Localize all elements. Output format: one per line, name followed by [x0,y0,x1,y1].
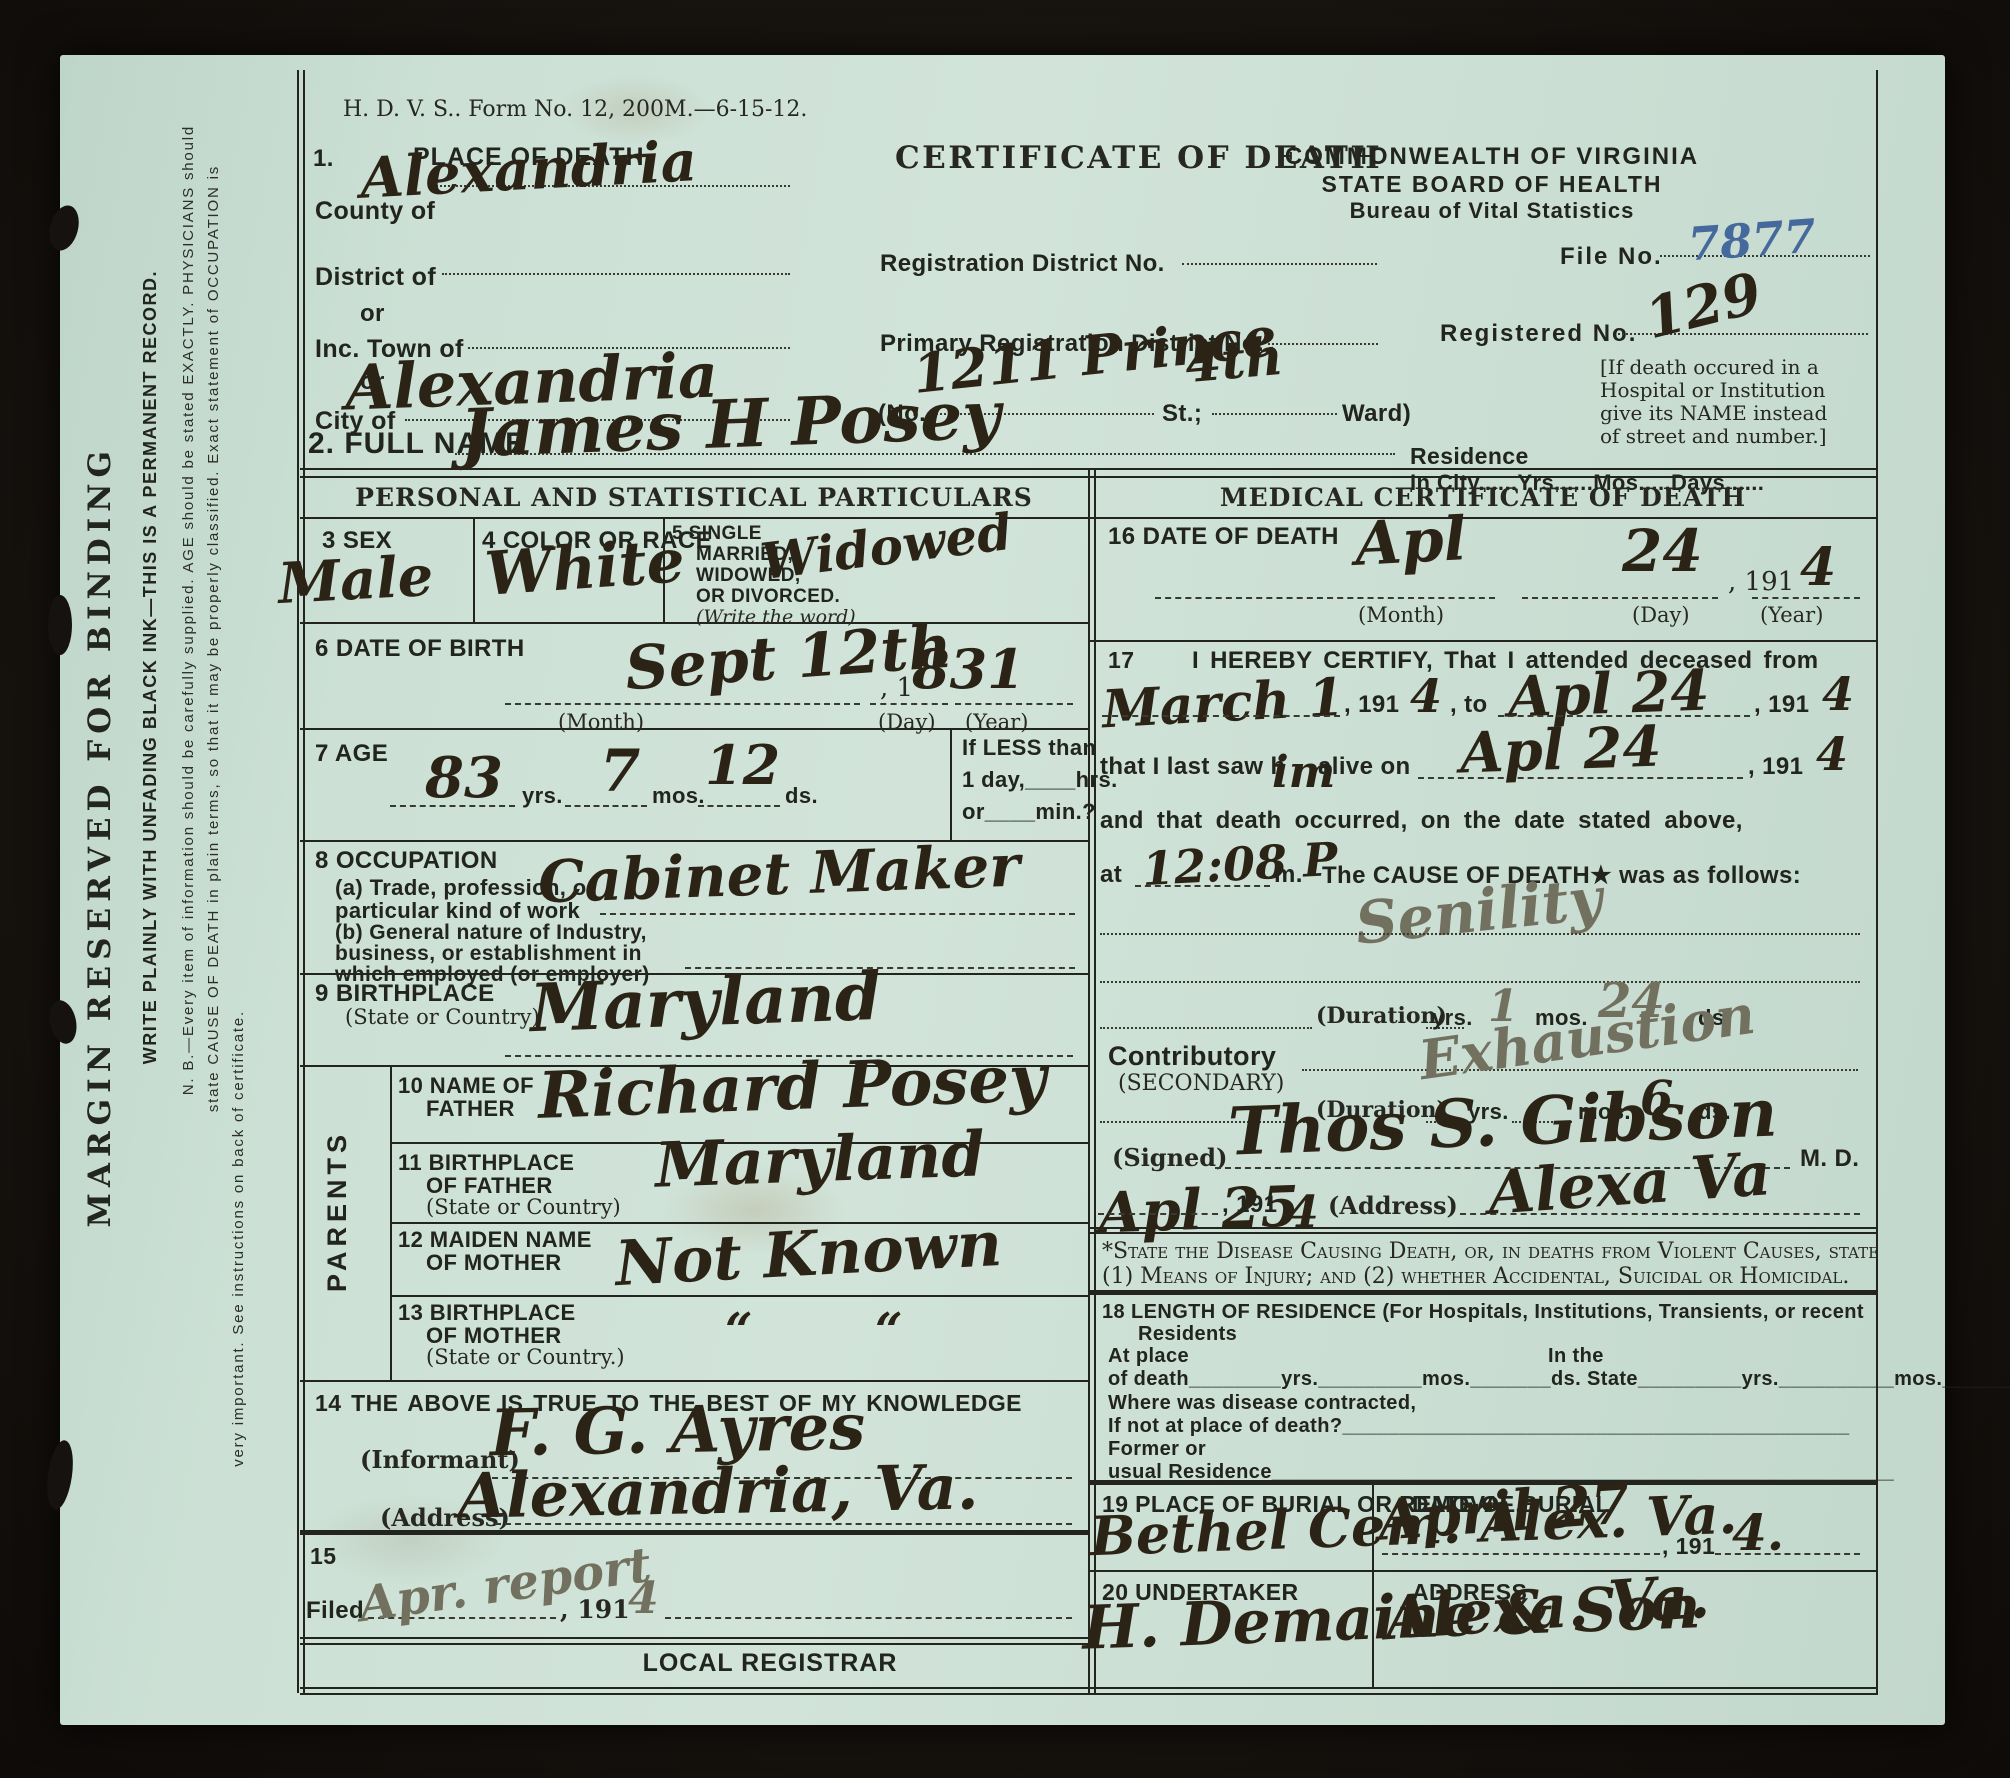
less-than-box-divider [950,728,952,840]
in-the-label: In the [1548,1345,1604,1368]
filed-label: Filed [306,1597,364,1625]
footnote-line1: *State the Disease Causing Death, or, in… [1102,1239,1879,1264]
registration-district-label: Registration District No. [880,250,1165,278]
time-handwritten: 12:08 P [1141,832,1339,896]
date-of-death-label: 16 DATE OF DEATH [1108,523,1339,551]
death-year-prefix: , 191 [1728,567,1794,597]
mother-name-label-line2: OF MOTHER [426,1250,562,1276]
last-saw-handwritten: Apl 24 [1459,714,1662,787]
file-number-label: File No. [1560,243,1663,271]
hospital-note-line1: [If death occured in a [1600,355,1819,379]
dashed-line [1155,597,1495,599]
dashed-line [1752,597,1860,599]
age-years-handwritten: 83 [425,745,503,811]
father-birthplace-caption: (State or Country) [426,1195,621,1219]
year-digit-handwritten: 4 [1822,667,1854,721]
birthplace-caption: (State or Country) [345,1005,540,1029]
at-place-label: At place [1108,1345,1189,1368]
former-residence-line1: Former or [1108,1438,1206,1461]
filed-year-prefix: , 191 [560,1595,630,1624]
commonwealth-line2: STATE BOARD OF HEALTH [1122,171,1862,198]
row-line [1088,1570,1878,1572]
marital-label-line1: 5 SINGLE [672,523,762,545]
dashed-line [1102,715,1340,717]
ds-label: ds. [785,783,818,809]
certify-line2a: that I last saw h [1100,753,1286,781]
hospital-note-line4: of street and number.] [1600,424,1827,448]
year-digit-handwritten: 4 [1410,669,1442,723]
disease-contracted-line2: If not at place of death?_______________… [1108,1415,1849,1438]
footnote-line2: (1) Means of Injury; and (2) whether Acc… [1102,1264,1849,1289]
year-digit-handwritten: 4 [1288,1187,1319,1238]
certify-line2b: alive on [1318,753,1411,781]
occupation-value-handwritten: Cabinet Maker [537,832,1021,917]
dob-year-prefix: , 1 [880,673,913,703]
residence18-label-line1: 18 LENGTH OF RESIDENCE (For Hospitals, I… [1102,1301,1864,1324]
signed-caption: (Signed) [1112,1143,1227,1172]
year-prefix: , 191 [1344,691,1399,719]
dashed-line [1098,1213,1218,1215]
day-caption: (Day) [878,710,936,734]
yrs-label: yrs. [522,783,563,809]
hospital-note-line3: give its NAME instead [1600,401,1827,425]
cell-divider [473,517,475,622]
parents-strip-border [390,1065,392,1380]
ditto-mark: “ [875,1303,903,1359]
left-double-rule [297,70,299,1693]
dashed-line [390,805,515,807]
dashed-line [565,805,647,807]
margin-nb-line1: N. B.—Every item of information should b… [180,125,197,1095]
dashed-line [698,805,780,807]
to-label: , to [1450,691,1488,719]
county-value-handwritten: Alexandria [359,128,699,212]
street-label: St.; [1162,400,1202,428]
year-prefix: , 191 [1222,1191,1277,1219]
section15-number: 15 [310,1543,336,1570]
md-label: M. D. [1800,1145,1859,1173]
torn-edge-notch [45,202,84,254]
right-border [1876,70,1878,1693]
local-registrar-label: LOCAL REGISTRAR [620,1649,920,1678]
age-label: 7 AGE [315,740,388,768]
form-number: H. D. V. S.. Form No. 12, 200M.—6-15-12. [343,97,807,122]
death-certificate-document: MARGIN RESERVED FOR BINDING WRITE PLAINL… [60,55,1945,1725]
attended-from-handwritten: March 1 [1101,667,1346,741]
m-label: m. [1274,861,1303,889]
age-days-handwritten: 12 [705,733,780,797]
contributory-label: Contributory [1108,1041,1276,1072]
row-line [300,1380,1088,1382]
dotted-line [1212,413,1337,415]
year-caption: (Year) [965,710,1028,734]
less-than-line2: 1 day,____hrs. [962,767,1118,793]
or-label: or [360,300,385,328]
mother-name-handwritten: Not Known [613,1207,1003,1300]
birthplace-label: 9 BIRTHPLACE [315,980,494,1008]
torn-edge-notch [48,595,72,655]
year-prefix: , 191 [1754,691,1809,719]
father-name-label-line2: FATHER [426,1096,515,1122]
death-year-handwritten: 4 [1800,537,1836,598]
dashed-line [1522,597,1718,599]
disease-contracted-line1: Where was disease contracted, [1108,1392,1416,1415]
dashed-line [505,703,860,705]
residence18-label-line2: Residents [1138,1323,1237,1346]
dob-year-handwritten: 831 [912,637,1025,701]
torn-edge-notch [46,998,81,1046]
mother-birthplace-caption: (State or Country.) [426,1345,625,1369]
less-than-line1: If LESS than [962,735,1096,761]
margin-nb-line2: state CAUSE OF DEATH in plain terms, so … [205,165,222,1112]
day-caption: (Day) [1632,603,1690,627]
mos-label: mos. [652,783,705,809]
dashed-line [600,913,1075,915]
year-prefix: , 191 [1748,753,1803,781]
year-prefix: , 191 [1662,1533,1715,1560]
registered-number-handwritten: 129 [1639,260,1768,352]
informant-address-handwritten: Alexandria, Va. [457,1450,979,1532]
margin-write-plainly-text: WRITE PLAINLY WITH UNFADING BLACK INK—TH… [140,270,161,1064]
residence-label: Residence [1410,443,1529,470]
hospital-note-line2: Hospital or Institution [1600,378,1825,402]
age-months-handwritten: 7 [600,737,640,805]
year-caption: (Year) [1760,603,1823,627]
registered-number-label: Registered No. [1440,320,1637,348]
row-line [300,1637,1088,1639]
dashed-line [955,703,1073,705]
dotted-line [1100,1027,1312,1029]
certify-line3: and that death occurred, on the date sta… [1100,807,1743,835]
address-caption: (Address) [1328,1191,1458,1220]
dob-label: 6 DATE OF BIRTH [315,635,525,663]
ward-value-handwritten: 4th [1183,326,1286,395]
less-than-line3: or____min.? [962,799,1096,825]
dotted-line [442,273,790,275]
photograph-background: { "form_no": "H. D. V. S.. Form No. 12, … [0,0,2010,1778]
dotted-line [1182,263,1377,265]
ditto-mark: “ [725,1303,753,1359]
dashed-line [1382,1553,1660,1555]
dotted-line [1100,933,1860,935]
of-death-line: of death________yrs._________mos._______… [1108,1368,2010,1391]
margin-binding-text: MARGIN RESERVED FOR BINDING [82,445,118,1227]
row-line [300,622,1088,624]
month-caption: (Month) [1358,603,1444,627]
occupation-label: 8 OCCUPATION [315,847,498,875]
heavy-line [1088,1290,1878,1295]
district-label: District of [315,263,436,292]
commonwealth-line1: COMMONWEALTH OF VIRGINIA [1122,143,1862,171]
bottom-double-border [300,1687,1878,1689]
bottom-double-border [300,1693,1878,1695]
ward-label: Ward) [1342,400,1411,428]
parents-row-line [390,1295,1088,1297]
father-birthplace-handwritten: Maryland [654,1117,986,1201]
filed-year-handwritten: 4 [628,1573,659,1624]
parents-vertical-label: PARENTS [322,1130,353,1292]
sex-value-handwritten: Male [276,543,434,617]
year-digit-handwritten: 4 [1816,727,1848,781]
dashed-line [1715,1553,1860,1555]
death-day-handwritten: 24 [1622,517,1703,585]
at-label: at [1100,861,1122,889]
margin-nb-line3: very important. See instructions on back… [230,1010,247,1467]
row-line [300,1643,1088,1645]
dashed-line [665,1617,1072,1619]
marital-value-handwritten: Widowed [757,502,1015,591]
duration-caption: (Duration) [1316,1003,1447,1029]
race-value-handwritten: White [483,526,687,610]
month-caption: (Month) [558,710,644,734]
torn-edge-notch [43,1439,77,1512]
certify-number: 17 [1108,647,1134,674]
medical-section-title: MEDICAL CERTIFICATE OF DEATH [1088,483,1878,512]
dashed-line [870,703,948,705]
row-line [1088,640,1878,642]
dotted-line [1268,343,1378,345]
section1-number: 1. [313,145,334,173]
left-double-rule [303,70,305,1693]
death-month-handwritten: Apl [1353,504,1468,580]
birthplace-value-handwritten: Maryland [529,957,882,1047]
